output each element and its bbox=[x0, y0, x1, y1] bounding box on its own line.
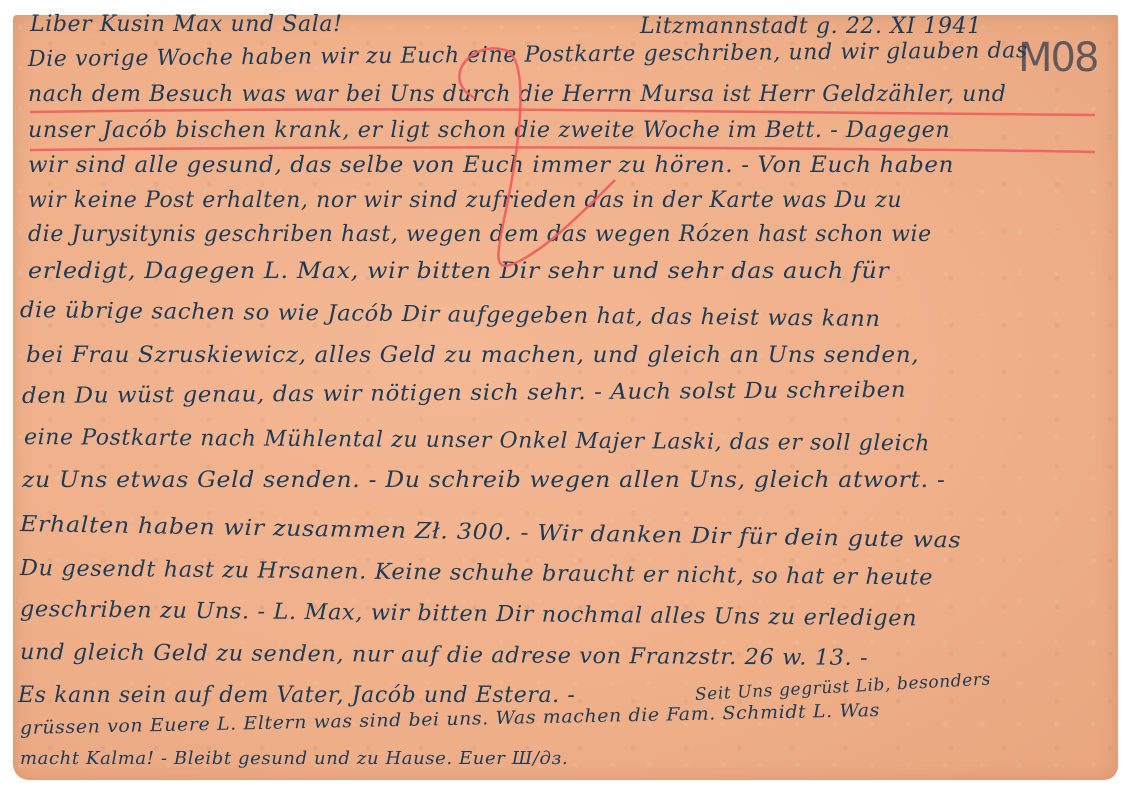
letter-line: nach dem Besuch was war bei Uns durch di… bbox=[28, 82, 1006, 107]
salutation: Liber Kusin Max und Sala! bbox=[30, 12, 343, 37]
archive-number-pencil: M08 bbox=[1018, 35, 1097, 81]
letter-line: wir sind alle gesund, das selbe von Euch… bbox=[28, 153, 954, 178]
letter-line: zu Uns etwas Geld senden. - Du schreib w… bbox=[22, 468, 945, 493]
letter-line: bei Frau Szruskiewicz, alles Geld zu mac… bbox=[26, 343, 919, 368]
letter-line: wir keine Post erhalten, nor wir sind zu… bbox=[28, 188, 902, 213]
letter-line: erledigt, Dagegen L. Max, wir bitten Dir… bbox=[28, 259, 889, 284]
letter-line: die Jurysitynis geschriben hast, wegen d… bbox=[28, 222, 932, 247]
letter-line: Es kann sein auf dem Vater, Jacób und Es… bbox=[18, 683, 575, 708]
place-date: Litzmannstadt g. 22. XI 1941 bbox=[640, 14, 982, 39]
letter-line: unser Jacób bischen krank, er ligt schon… bbox=[28, 118, 950, 143]
letter-line: macht Kalma! - Bleibt gesund und zu Haus… bbox=[20, 748, 568, 769]
